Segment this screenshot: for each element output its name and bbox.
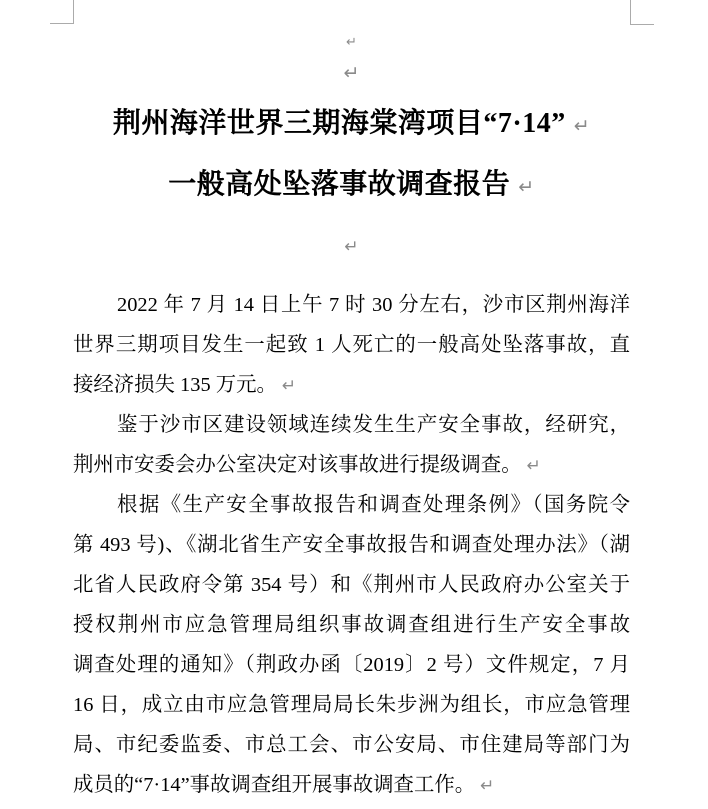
body-text: 接经济损失 135 万元。 (73, 374, 277, 396)
body-line[interactable]: 北省人民政府令第 354 号）和《荆州市人民政府办公室关于 (73, 565, 630, 605)
body-line[interactable]: 接经济损失 135 万元。↵ (73, 365, 630, 405)
body-text: 成员的“7·14”事故调查组开展事故调查工作。 (73, 774, 475, 796)
empty-paragraph-mark-2[interactable]: ↵ (73, 58, 630, 88)
empty-paragraph-mark-3[interactable]: ↵ (73, 232, 630, 262)
paragraph-return-icon: ↵ (574, 115, 590, 137)
title-text: 荆州海洋世界三期海棠湾项目“7·14” (113, 108, 566, 139)
paragraph-return-icon: ↵ (527, 456, 541, 476)
body-line[interactable]: 局、市纪委监委、市总工会、市公安局、市住建局等部门为 (73, 725, 630, 765)
body-line[interactable]: 成员的“7·14”事故调查组开展事故调查工作。↵ (73, 765, 630, 805)
body-line[interactable]: 调查处理的通知》（荆政办函〔2019〕2 号）文件规定，7 月 (73, 645, 630, 685)
body-line[interactable]: 根据《生产安全事故报告和调查处理条例》（国务院令 (73, 485, 630, 525)
paragraph-return-icon: ↵ (480, 776, 494, 796)
body-line[interactable]: 16 日，成立由市应急管理局局长朱步洲为组长，市应急管理 (73, 685, 630, 725)
body-line[interactable]: 第 493 号)、《湖北省生产安全事故报告和调查处理办法》（湖 (73, 525, 630, 565)
document-title-line-2[interactable]: 一般高处坠落事故调查报告↵ (73, 157, 630, 215)
paragraph-return-icon: ↵ (346, 35, 357, 50)
body-line[interactable]: 世界三期项目发生一起致 1 人死亡的一般高处坠落事故，直 (73, 325, 630, 365)
text-boundary-top-left-mark-vertical (73, 0, 74, 23)
body-text: 荆州市安委会办公室决定对该事故进行提级调查。 (73, 454, 522, 476)
title-text: 一般高处坠落事故调查报告 (168, 169, 510, 200)
text-boundary-top-right-mark-horizontal (630, 24, 654, 25)
paragraph-return-icon: ↵ (282, 376, 296, 396)
text-boundary-top-left-mark-horizontal (50, 23, 74, 24)
empty-paragraph-mark-1[interactable]: ↵ (73, 30, 630, 56)
paragraph-return-icon: ↵ (344, 62, 360, 84)
paragraph-return-icon: ↵ (344, 237, 358, 257)
body-line[interactable]: 荆州市安委会办公室决定对该事故进行提级调查。↵ (73, 445, 630, 485)
paragraph-return-icon: ↵ (518, 176, 534, 198)
body-line[interactable]: 授权荆州市应急管理局组织事故调查组进行生产安全事故 (73, 605, 630, 645)
document-page[interactable]: ↵ ↵ 荆州海洋世界三期海棠湾项目“7·14”↵ 一般高处坠落事故调查报告↵ ↵… (0, 0, 708, 809)
text-boundary-top-right-mark-vertical (630, 0, 631, 24)
body-line[interactable]: 2022 年 7 月 14 日上午 7 时 30 分左右，沙市区荆州海洋 (73, 285, 630, 325)
body-line[interactable]: 鉴于沙市区建设领域连续发生生产安全事故，经研究， (73, 405, 630, 445)
document-title-line-1[interactable]: 荆州海洋世界三期海棠湾项目“7·14”↵ (73, 96, 630, 154)
